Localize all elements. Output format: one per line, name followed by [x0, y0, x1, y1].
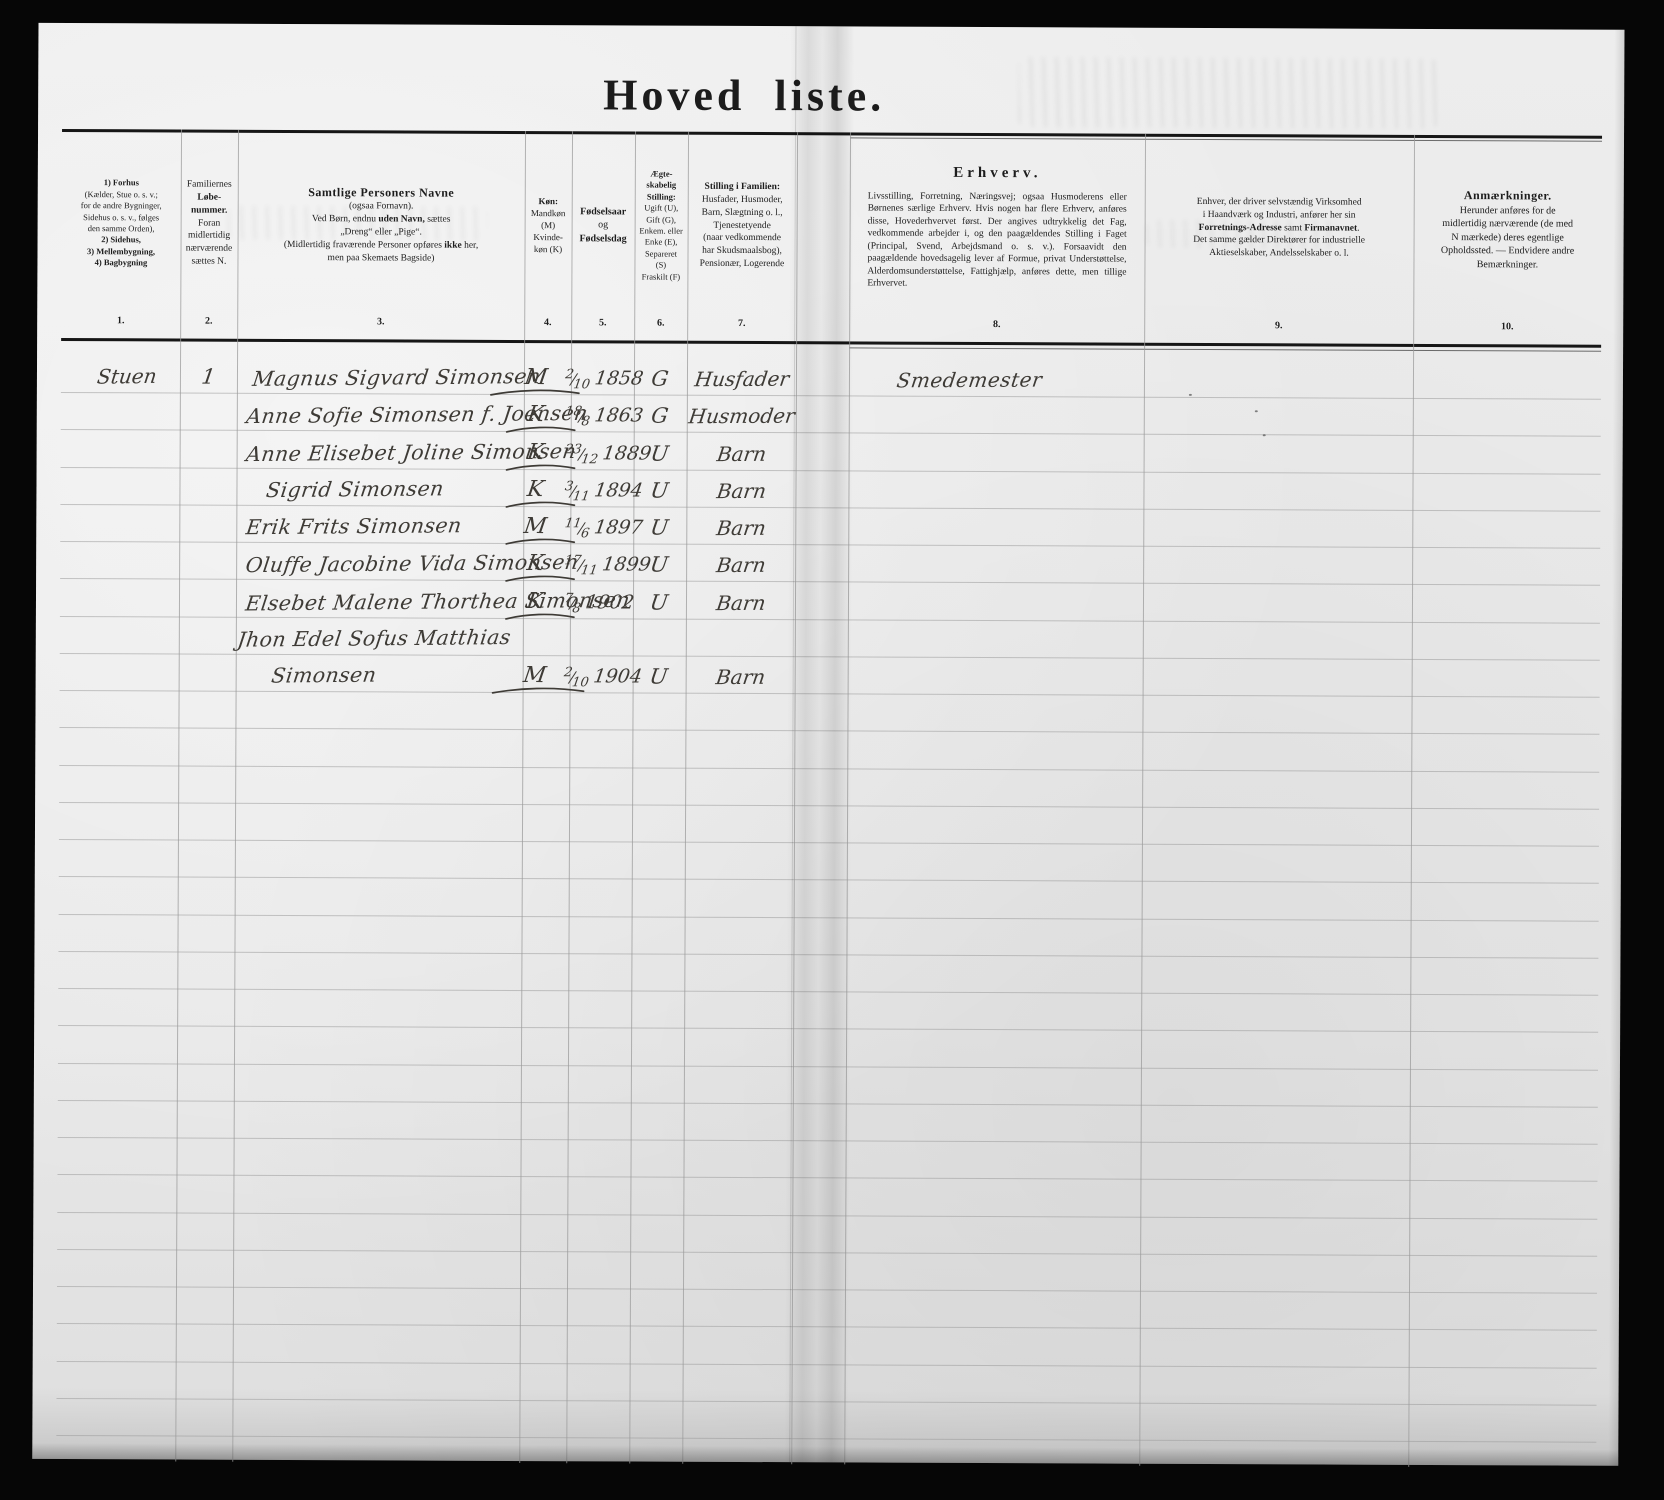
column-header-line: 4) Bagbygning: [95, 258, 148, 270]
birth-month: 8: [580, 415, 590, 430]
column-header-line: Fraskilt (F): [642, 271, 681, 283]
birth-day: 17: [564, 553, 583, 568]
header-text-segment: 4) Bagbygning: [95, 258, 148, 268]
entry-name: Erik Frits Simonsen: [244, 510, 463, 542]
entry-family-position: Barn: [680, 587, 802, 618]
column-header-line: Sidehus o. s. v., følges: [83, 212, 159, 224]
column-line: [682, 132, 689, 1464]
header-text-segment: Bemærkninger.: [1477, 259, 1538, 270]
column-header-line: Separeret: [645, 248, 677, 260]
column-header-line: køn (K): [534, 243, 562, 255]
row-line: [59, 802, 1599, 810]
header-text-segment: Enhver, der driver selvstændig Virksomhe…: [1197, 197, 1362, 208]
column-header-8: Erhverv.Livsstilling, Forretning, Næring…: [852, 138, 1142, 315]
birth-day: 11: [564, 516, 583, 531]
header-text-segment: .: [1357, 223, 1359, 233]
header-text-segment: 3) Mellembygning,: [87, 246, 155, 256]
row-line: [56, 1435, 1596, 1443]
header-text-segment: Herunder anføres for de: [1460, 205, 1556, 216]
header-text-segment: Fødselsaar: [580, 206, 626, 217]
entry-marital-status: U: [634, 587, 684, 617]
header-text-segment: Løbe-: [197, 193, 221, 203]
column-number-label: 3.: [237, 316, 524, 328]
column-header-line: Foran: [198, 217, 220, 230]
column-line: [566, 131, 573, 1463]
column-header-line: Gift (G),: [646, 214, 676, 226]
row-line: [58, 1062, 1598, 1070]
header-text-segment: Gift (G),: [646, 214, 676, 224]
header-text-segment: den samme Orden),: [88, 223, 155, 233]
entry-name: Jhon Edel Sofus Matthias: [236, 622, 513, 655]
column-header-10: Anmærkninger.Herunder anføres for demidl…: [1416, 141, 1599, 318]
header-text-segment: Tjenestetyende: [713, 220, 771, 230]
header-text-segment: midlertidig nærværende (de med: [1442, 218, 1573, 230]
column-header-line: Forretnings-Adresse samt Firmanavnet.: [1199, 222, 1360, 236]
column-header-6: Ægte-skabeligStilling:Ugift (U),Gift (G)…: [637, 138, 685, 314]
row-line: [60, 541, 1600, 549]
birth-month: 12: [580, 452, 599, 467]
entry-name: Sigrid Simonsen: [264, 473, 445, 505]
header-text-segment: midlertidig: [188, 231, 230, 241]
column-number-label: 5.: [571, 317, 634, 328]
birth-month: 11: [572, 489, 591, 504]
row-line: [58, 1100, 1598, 1108]
column-number-label: 9.: [1144, 320, 1413, 332]
header-text-segment: 1) Forhus: [104, 177, 139, 187]
column-header-line: Kvinde-: [533, 231, 563, 243]
column-header-line: men paa Skemaets Bagside): [328, 252, 435, 265]
row-line: [57, 1174, 1597, 1182]
column-header-line: Stilling:: [647, 191, 676, 203]
header-text-segment: her,: [462, 241, 479, 251]
column-header-line: Samtlige Personers Navne: [308, 184, 454, 201]
column-number-label: 4.: [524, 317, 571, 328]
scan-background: Hoved liste. 1) Forhus(Kælder, Stue o. s…: [0, 0, 1664, 1500]
column-header-title: Erhverv.: [953, 163, 1041, 184]
row-line: [58, 1025, 1598, 1033]
header-text-segment: sættes: [425, 215, 451, 225]
column-header-line: Pensionær, Logerende: [700, 258, 785, 271]
ink-speck: [1263, 434, 1266, 436]
entry-family-position: Barn: [680, 662, 802, 693]
header-text-segment: i Haandværk og Industri, anfører her sin: [1203, 210, 1356, 221]
header-text-segment: Separeret: [645, 248, 677, 258]
column-header-line: sættes N.: [192, 256, 227, 269]
header-text-segment: „Dreng“ eller „Pige“.: [340, 227, 422, 237]
column-header-3: Samtlige Personers Navne(ogsaa Fornavn).…: [240, 136, 522, 313]
row-line: [57, 1249, 1597, 1257]
column-header-line: 2) Sidehus,: [101, 235, 141, 247]
column-header-line: Ved Børn, endnu uden Navn, sættes: [312, 213, 451, 226]
header-text-segment: Familiernes: [187, 180, 232, 190]
census-form-page: Hoved liste. 1) Forhus(Kælder, Stue o. s…: [32, 23, 1624, 1466]
column-header-line: skabelig: [646, 180, 676, 192]
column-header-line: Anmærkninger.: [1464, 187, 1552, 204]
row-line: [59, 727, 1599, 735]
column-header-line: (ogsaa Fornavn).: [349, 201, 413, 214]
header-text-segment: Kvinde-: [533, 232, 563, 242]
column-header-line: i Haandværk og Industri, anfører her sin: [1203, 209, 1356, 222]
birth-month: 8: [571, 601, 581, 616]
column-header-line: Stilling i Familien:: [705, 181, 781, 194]
header-text-segment: Samtlige Personers Navne: [308, 185, 454, 200]
column-header-line: Køn:: [538, 195, 558, 207]
column-header-4: Køn:Mandkøn(M)Kvinde-køn (K): [527, 137, 569, 313]
header-text-segment: uden Navn,: [378, 215, 425, 225]
row-line: [59, 876, 1599, 884]
header-text-segment: Ugift (U),: [644, 203, 678, 213]
birth-year: 1902: [584, 591, 636, 613]
column-header-line: har Skudsmaalsbog),: [702, 245, 782, 258]
header-text-segment: men paa Skemaets Bagside): [328, 253, 435, 263]
column-header-2: FamiliernesLøbe-nummer.Foranmidlertidign…: [183, 136, 235, 312]
header-text-segment: (ogsaa Fornavn).: [349, 202, 413, 212]
header-text-segment: Enke (E),: [645, 237, 678, 247]
entry-family-position: Barn: [680, 550, 802, 581]
row-line: [57, 1323, 1597, 1331]
header-text-segment: (Kælder, Stue o. s. v.;: [85, 189, 158, 199]
column-header-line: Bemærkninger.: [1477, 258, 1538, 272]
header-text-segment: Pensionær, Logerende: [700, 259, 785, 269]
header-text-segment: har Skudsmaalsbog),: [702, 246, 782, 256]
column-header-line: og: [598, 219, 608, 233]
entry-family-position: Husfader: [681, 364, 803, 395]
column-header-line: Fødselsdag: [579, 232, 626, 246]
header-text-segment: Firmanavnet: [1304, 223, 1357, 233]
header-text-segment: Foran: [198, 218, 220, 228]
column-header-line: N mærkede) deres egentlige: [1451, 231, 1564, 245]
row-line: [60, 690, 1600, 698]
header-text-segment: Køn:: [538, 196, 558, 206]
column-header-line: 3) Mellembygning,: [87, 246, 155, 258]
header-text-segment: Stilling i Familien:: [705, 182, 781, 192]
entry-occupation: Smedemester: [895, 365, 1044, 396]
header-text-segment: Forretnings-Adresse: [1199, 223, 1282, 233]
header-text-segment: Fraskilt (F): [642, 271, 681, 281]
column-header-1: 1) Forhus(Kælder, Stue o. s. v.;for de a…: [64, 135, 178, 311]
column-header-line: Opholdssted. — Endvidere andre: [1441, 244, 1574, 258]
column-line: [1408, 135, 1415, 1467]
row-line: [59, 913, 1599, 921]
header-text-segment: Det samme gælder Direktører for industri…: [1193, 235, 1365, 246]
row-line: [58, 1137, 1598, 1145]
ink-speck: [1189, 394, 1192, 396]
column-header-line: Barn, Slægtning o. l.,: [702, 207, 783, 220]
header-text-segment: Husfader, Husmoder,: [702, 195, 783, 205]
entry-marital-status: U: [634, 550, 684, 580]
header-text-segment: og: [598, 220, 608, 231]
header-bottom-rule-double: [849, 347, 1601, 351]
column-line: [519, 131, 526, 1463]
column-number-label: 10.: [1413, 321, 1601, 333]
column-header-line: 1) Forhus: [104, 177, 139, 189]
entry-family-position: Husmoder: [681, 401, 803, 432]
page-title: Hoved liste.: [603, 69, 885, 121]
entry-name: Simonsen: [270, 660, 379, 691]
header-text-segment: Barn, Slægtning o. l.,: [702, 208, 783, 218]
column-header-line: Det samme gælder Direktører for industri…: [1193, 234, 1365, 248]
column-header-line: den samme Orden),: [88, 223, 155, 235]
header-text-segment: Mandkøn: [531, 208, 566, 218]
header-text-segment: Anmærkninger.: [1464, 188, 1552, 202]
entry-marital-status: U: [634, 513, 684, 543]
entry-family-position: Barn: [680, 475, 802, 506]
column-number-label: 2.: [180, 316, 237, 327]
birth-month: 10: [571, 675, 590, 690]
header-text-segment: N mærkede) deres egentlige: [1451, 232, 1564, 243]
header-text-segment: nummer.: [191, 205, 227, 215]
header-text-segment: Enkem. eller: [639, 226, 682, 236]
header-text-segment: for de andre Bygninger,: [81, 200, 162, 210]
row-line: [58, 988, 1598, 996]
row-line: [57, 1286, 1597, 1294]
column-number-label: 8.: [849, 318, 1144, 330]
column-header-line: Tjenestetyende: [713, 219, 771, 232]
entry-building: Stuen: [75, 361, 179, 392]
header-text-segment: Fødselsdag: [579, 233, 626, 244]
column-header-line: (M): [541, 219, 555, 231]
column-header-line: (naar vedkommende: [703, 232, 781, 245]
column-header-line: Enkem. eller: [639, 226, 682, 238]
header-text-segment: køn (K): [534, 244, 562, 254]
birth-day: 18: [564, 404, 583, 419]
bleed-through-smudge: [1018, 57, 1438, 129]
entry-marital-status: G: [635, 364, 685, 394]
entry-marital-status: U: [634, 438, 684, 468]
column-line: [629, 131, 636, 1463]
column-line: [844, 132, 851, 1464]
header-text-segment: 2) Sidehus,: [101, 235, 141, 245]
header-text-segment: Ved Børn, endnu: [312, 214, 379, 224]
column-header-line: for de andre Bygninger,: [81, 200, 162, 212]
entry-family-position: Barn: [681, 438, 803, 469]
header-bottom-rule: [61, 338, 1601, 348]
entry-marital-status: G: [635, 401, 685, 431]
header-text-segment: skabelig: [646, 180, 676, 190]
row-line: [60, 504, 1600, 512]
column-header-line: Mandkøn: [531, 207, 566, 219]
column-header-line: Løbe-: [197, 192, 221, 205]
row-line: [58, 951, 1598, 959]
column-header-line: Enhver, der driver selvstændig Virksomhe…: [1197, 196, 1362, 210]
column-header-5: FødselsaarogFødselsdag: [574, 137, 632, 313]
paper-bottom-shade: [32, 1443, 1618, 1466]
row-line: [59, 764, 1599, 772]
column-header-7: Stilling i Familien:Husfader, Husmoder,B…: [690, 138, 794, 314]
column-header-line: (S): [656, 260, 666, 272]
header-text-segment: Sidehus o. s. v., følges: [83, 212, 159, 222]
column-header-line: Fødselsaar: [580, 205, 626, 219]
header-text-segment: (Midlertidig fraværende Personer opføres: [284, 240, 444, 251]
column-header-line: Ugift (U),: [644, 203, 678, 215]
entry-family-number: 1: [178, 362, 239, 392]
column-header-line: Herunder anføres for de: [1460, 204, 1556, 218]
column-header-line: (Midlertidig fraværende Personer opføres…: [284, 239, 478, 253]
header-text-segment: Aktieselskaber, Andelsselskaber o. l.: [1209, 248, 1348, 259]
column-header-line: nummer.: [191, 204, 227, 217]
column-header-line: Aktieselskaber, Andelsselskaber o. l.: [1209, 247, 1349, 260]
birth-month: 11: [580, 564, 599, 579]
column-header-line: Familiernes: [187, 179, 232, 192]
ink-speck: [1255, 410, 1258, 412]
header-text-segment: Opholdssted. — Endvidere andre: [1441, 245, 1574, 257]
column-number-label: 7.: [687, 318, 796, 329]
header-text-segment: sættes N.: [192, 257, 227, 267]
birth-month: 10: [572, 377, 591, 392]
column-line: [1139, 134, 1146, 1466]
column-number-label: 6.: [634, 317, 687, 328]
row-line: [57, 1211, 1597, 1219]
entry-family-position: Barn: [680, 513, 802, 544]
column-header-line: „Dreng“ eller „Pige“.: [340, 226, 422, 239]
header-text-segment: Stilling:: [647, 191, 676, 201]
column-header-line: (Kælder, Stue o. s. v.;: [85, 189, 158, 201]
row-line: [57, 1398, 1597, 1406]
column-header-line: nærværende: [186, 243, 232, 256]
header-text-segment: Ægte-: [650, 168, 672, 178]
column-number-label: 1.: [61, 315, 180, 327]
paper-right-shade: [1608, 30, 1624, 1466]
column-header-line: midlertidig nærværende (de med: [1442, 217, 1573, 231]
column-header-line: Ægte-: [650, 168, 672, 180]
header-text-segment: ikke: [444, 240, 461, 250]
column-header-body: Livsstilling, Forretning, Næringsvej; og…: [852, 190, 1141, 292]
birth-month: 6: [580, 526, 590, 541]
column-line: [175, 130, 182, 1462]
column-header-line: midlertidig: [188, 230, 230, 243]
column-header-9: Enhver, der driver selvstændig Virksomhe…: [1147, 140, 1411, 317]
column-header-line: Husfader, Husmoder,: [702, 194, 783, 207]
header-text-segment: (S): [656, 260, 666, 270]
header-text-segment: (M): [541, 220, 555, 230]
entry-marital-status: U: [633, 662, 683, 692]
column-header-line: Enke (E),: [645, 237, 678, 249]
header-text-segment: (naar vedkommende: [703, 233, 781, 243]
row-line: [57, 1360, 1597, 1368]
birth-day: 23: [564, 442, 583, 457]
row-line: [59, 839, 1599, 847]
header-text-segment: nærværende: [186, 244, 232, 254]
header-text-segment: samt: [1282, 223, 1305, 233]
entry-marital-status: U: [634, 475, 684, 505]
column-line: [232, 130, 239, 1462]
